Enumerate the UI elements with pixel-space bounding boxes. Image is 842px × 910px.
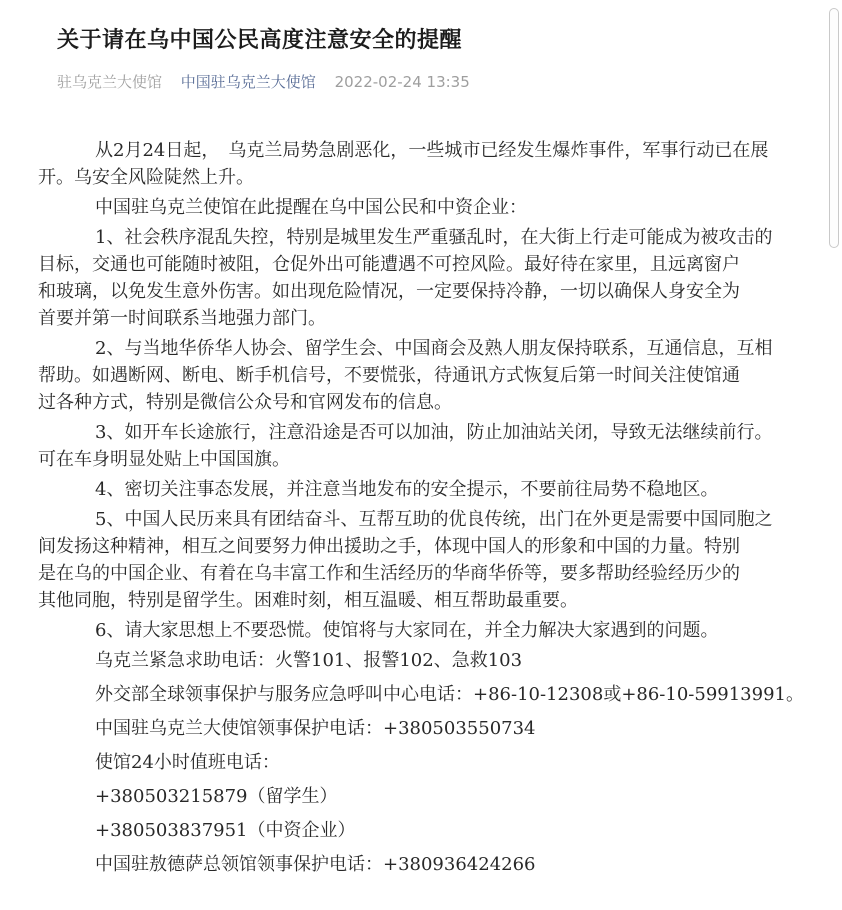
page-title: 关于请在乌中国公民高度注意安全的提醒 [57, 26, 785, 56]
meta-source-label: 驻乌克兰大使馆 [57, 73, 162, 91]
paragraph: 中国驻乌克兰大使馆领事保护电话：+380503550734 [38, 715, 806, 742]
article-meta: 驻乌克兰大使馆 中国驻乌克兰大使馆 2022-02-24 13:35 [57, 72, 785, 93]
meta-account-link[interactable]: 中国驻乌克兰大使馆 [181, 73, 316, 91]
paragraph: +380503215879（留学生） [38, 783, 806, 810]
paragraph: 使馆24小时值班电话： [38, 749, 806, 776]
paragraph: 4、密切关注事态发展，并注意当地发布的安全提示，不要前往局势不稳地区。 [38, 476, 806, 503]
paragraph: 中国驻乌克兰使馆在此提醒在乌中国公民和中资企业： [38, 194, 806, 221]
paragraph: +380503837951（中资企业） [38, 817, 806, 844]
meta-timestamp: 2022-02-24 13:35 [335, 73, 470, 91]
paragraph: 5、中国人民历来具有团结奋斗、互帮互助的优良传统，出门在外更是需要中国同胞之 间… [38, 506, 806, 614]
paragraph: 1、社会秩序混乱失控，特别是城里发生严重骚乱时，在大街上行走可能成为被攻击的 目… [38, 224, 806, 332]
paragraph: 6、请大家思想上不要恐慌。使馆将与大家同在，并全力解决大家遇到的问题。 [38, 617, 806, 644]
article-body: 从2月24日起， 乌克兰局势急剧恶化，一些城市已经发生爆炸事件，军事行动已在展 … [0, 93, 842, 878]
paragraph: 外交部全球领事保护与服务应急呼叫中心电话：+86-10-12308或+86-10… [38, 681, 806, 708]
paragraph: 乌克兰紧急求助电话：火警101、报警102、急救103 [38, 647, 806, 674]
article-page: 关于请在乌中国公民高度注意安全的提醒 驻乌克兰大使馆 中国驻乌克兰大使馆 202… [0, 0, 842, 910]
paragraph: 3、如开车长途旅行，注意沿途是否可以加油，防止加油站关闭，导致无法继续前行。 可… [38, 419, 806, 473]
paragraph: 中国驻敖德萨总领馆领事保护电话：+380936424266 [38, 851, 806, 878]
scrollbar-thumb[interactable] [829, 8, 839, 248]
paragraph: 从2月24日起， 乌克兰局势急剧恶化，一些城市已经发生爆炸事件，军事行动已在展 … [38, 137, 806, 191]
paragraph: 2、与当地华侨华人协会、留学生会、中国商会及熟人朋友保持联系，互通信息，互相 帮… [38, 335, 806, 416]
article-header: 关于请在乌中国公民高度注意安全的提醒 驻乌克兰大使馆 中国驻乌克兰大使馆 202… [0, 0, 842, 93]
